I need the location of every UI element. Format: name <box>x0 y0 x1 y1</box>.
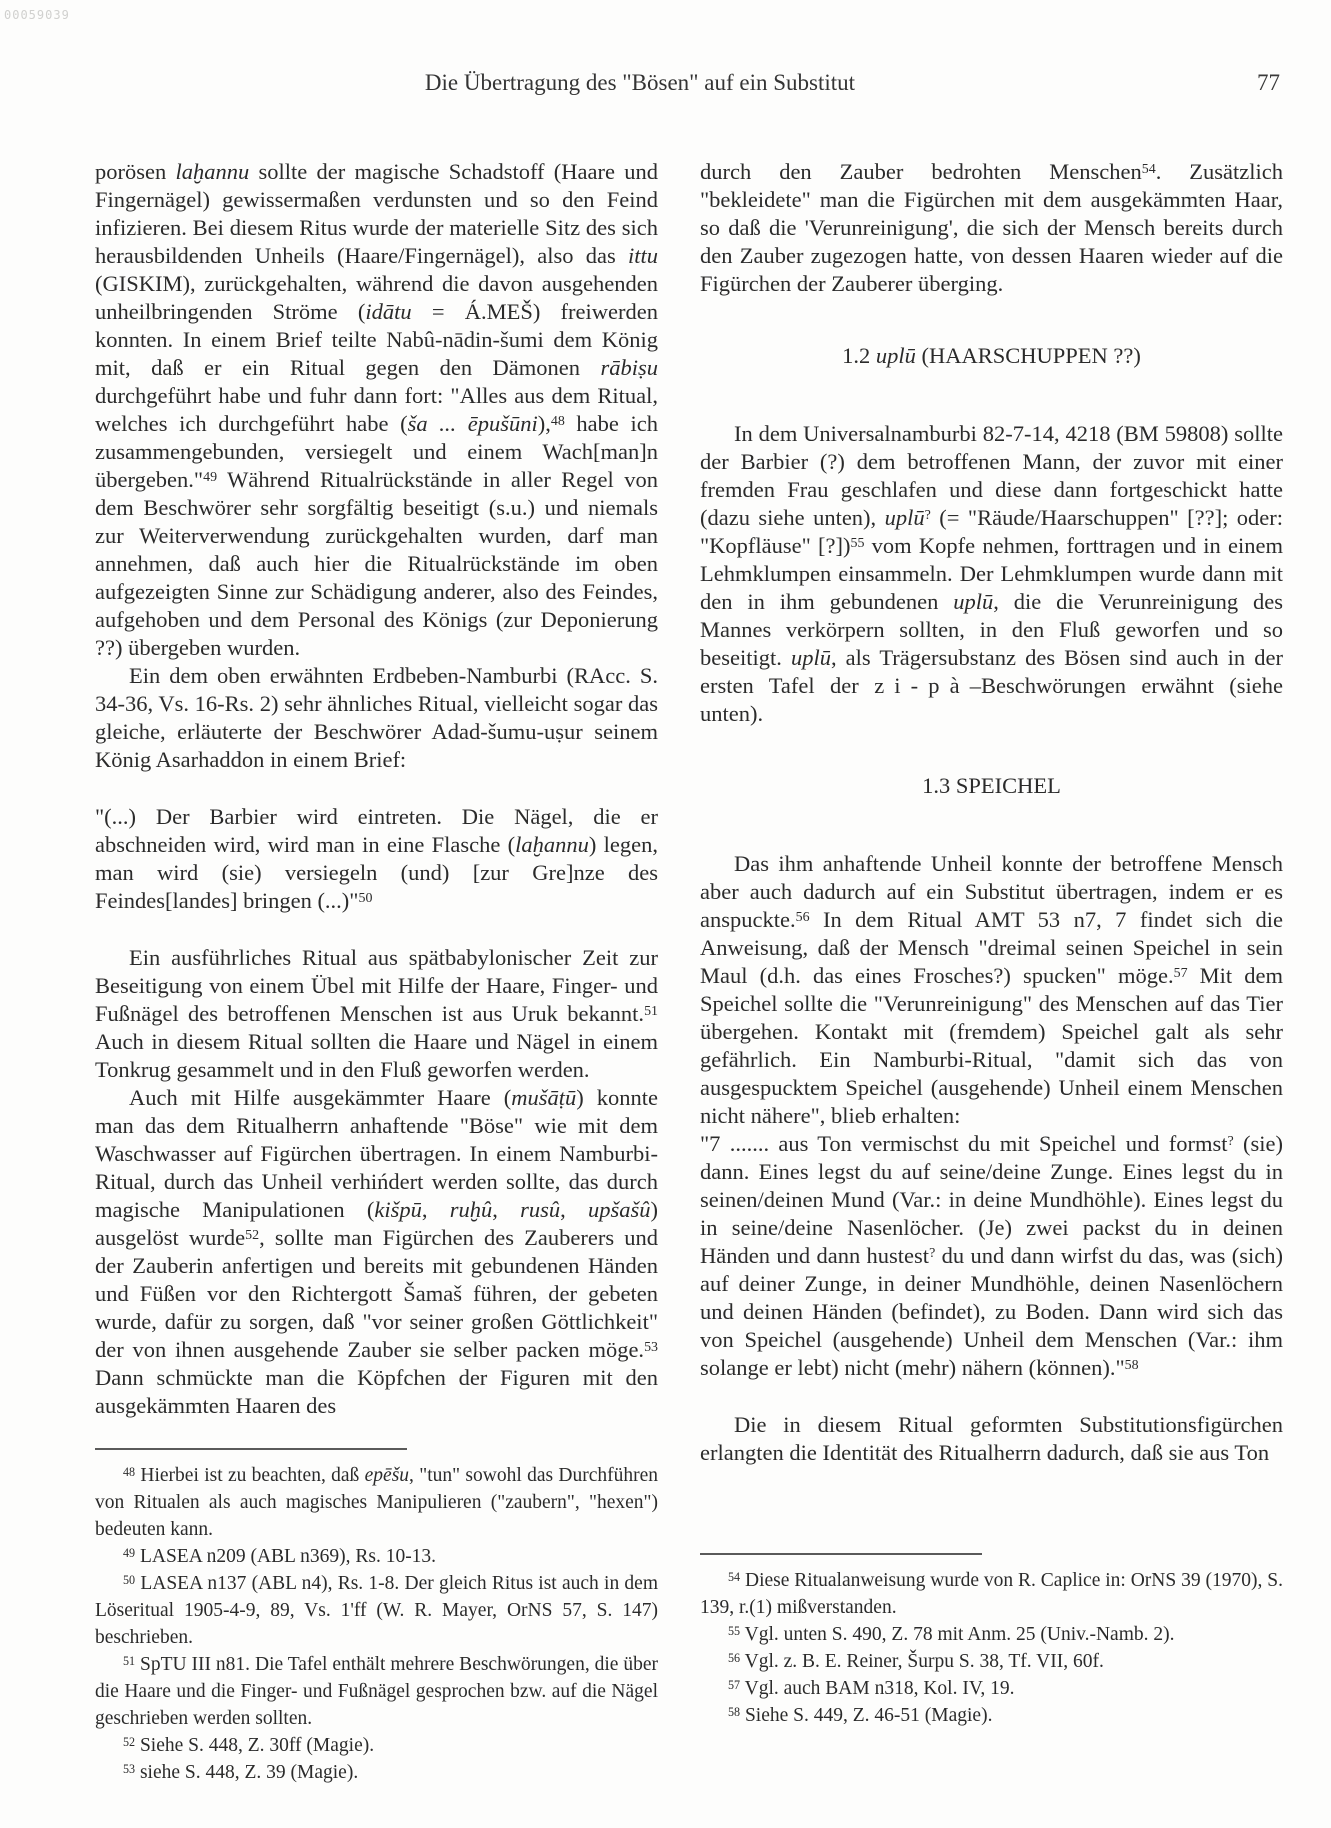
paragraph: Das ihm anhaftende Unheil konnte der bet… <box>700 850 1283 1130</box>
section-heading: 1.2 uplū (HAARSCHUPPEN ??) <box>700 342 1283 370</box>
right-footnotes-list: 54 Diese Ritualanweisung wurde von R. Ca… <box>700 1567 1283 1729</box>
paragraph: In dem Universalnamburbi 82-7-14, 4218 (… <box>700 420 1283 728</box>
footnote-separator-rule <box>700 1553 982 1555</box>
footnote: 53 siehe S. 448, Z. 39 (Magie). <box>95 1759 658 1786</box>
footnote: 51 SpTU III n81. Die Tafel enthält mehre… <box>95 1651 658 1732</box>
footnote: 55 Vgl. unten S. 490, Z. 78 mit Anm. 25 … <box>700 1621 1283 1648</box>
footnote-number: 53 <box>123 1762 135 1776</box>
block-quote: "(...) Der Barbier wird eintreten. Die N… <box>95 803 658 915</box>
footnote: 52 Siehe S. 448, Z. 30ff (Magie). <box>95 1732 658 1759</box>
paragraph: durch den Zauber bedrohten Menschen54. Z… <box>700 158 1283 298</box>
footnote-number: 57 <box>728 1678 740 1692</box>
footnote-number: 51 <box>123 1654 135 1668</box>
footnote: 56 Vgl. z. B. E. Reiner, Šurpu S. 38, Tf… <box>700 1648 1283 1675</box>
footnote-separator-rule <box>95 1448 407 1450</box>
footnote: 50 LASEA n137 (ABL n4), Rs. 1-8. Der gle… <box>95 1570 658 1651</box>
scan-serial-stamp: 00059039 <box>4 8 70 22</box>
right-column: durch den Zauber bedrohten Menschen54. Z… <box>700 158 1283 1467</box>
page-number: 77 <box>1200 70 1280 96</box>
footnote-number: 52 <box>123 1735 135 1749</box>
paragraph: "7 ....... aus Ton vermischst du mit Spe… <box>700 1130 1283 1382</box>
footnote-number: 49 <box>123 1546 135 1560</box>
scanned-page: 00059039 Die Übertragung des "Bösen" auf… <box>0 0 1331 1828</box>
paragraph: Die in diesem Ritual geformten Substitut… <box>700 1411 1283 1467</box>
footnote: 57 Vgl. auch BAM n318, Kol. IV, 19. <box>700 1675 1283 1702</box>
right-footnotes: 54 Diese Ritualanweisung wurde von R. Ca… <box>700 1553 1283 1729</box>
left-footnotes: 48 Hierbei ist zu beachten, daß epēšu, "… <box>95 1448 658 1786</box>
paragraph: Ein ausführliches Ritual aus spätbabylon… <box>95 944 658 1084</box>
paragraph: porösen laḫannu sollte der magische Scha… <box>95 158 658 662</box>
paragraph: Auch mit Hilfe ausgekämmter Haare (mušāṭ… <box>95 1084 658 1420</box>
footnote-number: 56 <box>728 1651 740 1665</box>
footnote-number: 58 <box>728 1705 740 1719</box>
footnote: 49 LASEA n209 (ABL n369), Rs. 10-13. <box>95 1543 658 1570</box>
footnote: 48 Hierbei ist zu beachten, daß epēšu, "… <box>95 1462 658 1543</box>
section-heading: 1.3 SPEICHEL <box>700 772 1283 800</box>
footnote: 54 Diese Ritualanweisung wurde von R. Ca… <box>700 1567 1283 1621</box>
footnote-number: 50 <box>123 1573 135 1587</box>
left-column: porösen laḫannu sollte der magische Scha… <box>95 158 658 1420</box>
paragraph: Ein dem oben erwähnten Erdbeben-Namburbi… <box>95 662 658 774</box>
footnote-number: 48 <box>123 1465 135 1479</box>
footnote-number: 54 <box>728 1570 740 1584</box>
footnote-number: 55 <box>728 1624 740 1638</box>
footnote: 58 Siehe S. 449, Z. 46-51 (Magie). <box>700 1702 1283 1729</box>
running-header-title: Die Übertragung des "Bösen" auf ein Subs… <box>95 70 1185 96</box>
left-footnotes-list: 48 Hierbei ist zu beachten, daß epēšu, "… <box>95 1462 658 1786</box>
